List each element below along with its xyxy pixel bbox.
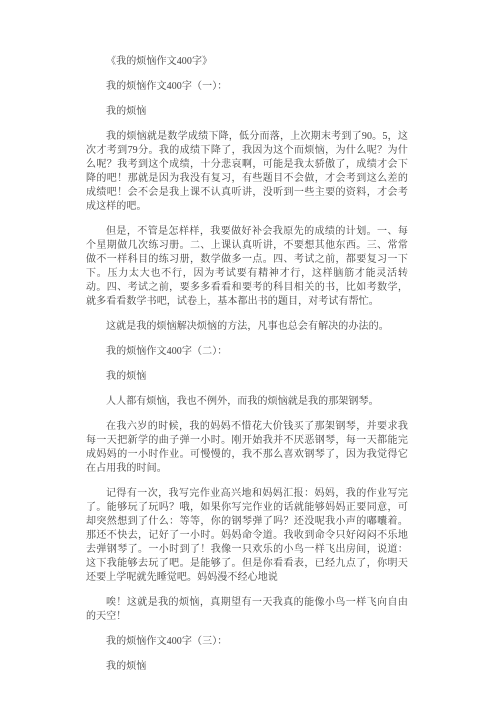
section-2-essay-title: 我的烦恼 <box>86 370 408 384</box>
section-1-paragraph-1: 我的烦恼就是数学成绩下降，低分而落，上次期末考到了90。5，这次才考到79分。我… <box>86 130 408 214</box>
section-3-essay-title: 我的烦恼 <box>86 660 408 674</box>
section-1-heading: 我的烦恼作文400字（一）： <box>86 80 408 94</box>
section-1-paragraph-2: 但是，不管是怎样样，我要做好补会我原先的成绩的计划。一、每个星期做几次练习册。二… <box>86 225 408 309</box>
section-1-closing-line: 这就是我的烦恼解决烦恼的方法，凡事也总会有解决的办法的。 <box>86 320 408 334</box>
section-2-paragraph-1: 人人都有烦恼，我也不例外，而我的烦恼就是我的那架钢琴。 <box>86 395 408 409</box>
doc-title: 《我的烦恼作文400字》 <box>86 55 408 69</box>
document-page: 《我的烦恼作文400字》 我的烦恼作文400字（一）： 我的烦恼 我的烦恼就是数… <box>0 0 500 707</box>
section-2-closing-line: 唉！这就是我的烦恼，真期望有一天我真的能像小鸟一样飞向自由的天空！ <box>86 596 408 624</box>
section-2-paragraph-2: 在我六岁的时候，我的妈妈不惜花大价钱买了那架钢琴，并要求我每一天把新学的曲子弹一… <box>86 420 408 476</box>
section-3-heading: 我的烦恼作文400字（三）： <box>86 635 408 649</box>
section-1-essay-title: 我的烦恼 <box>86 105 408 119</box>
section-2-paragraph-3: 记得有一次，我写完作业高兴地和妈妈汇报：妈妈，我的作业写完了。能够玩了玩吗？哦，… <box>86 487 408 585</box>
section-2-heading: 我的烦恼作文400字（二）： <box>86 345 408 359</box>
